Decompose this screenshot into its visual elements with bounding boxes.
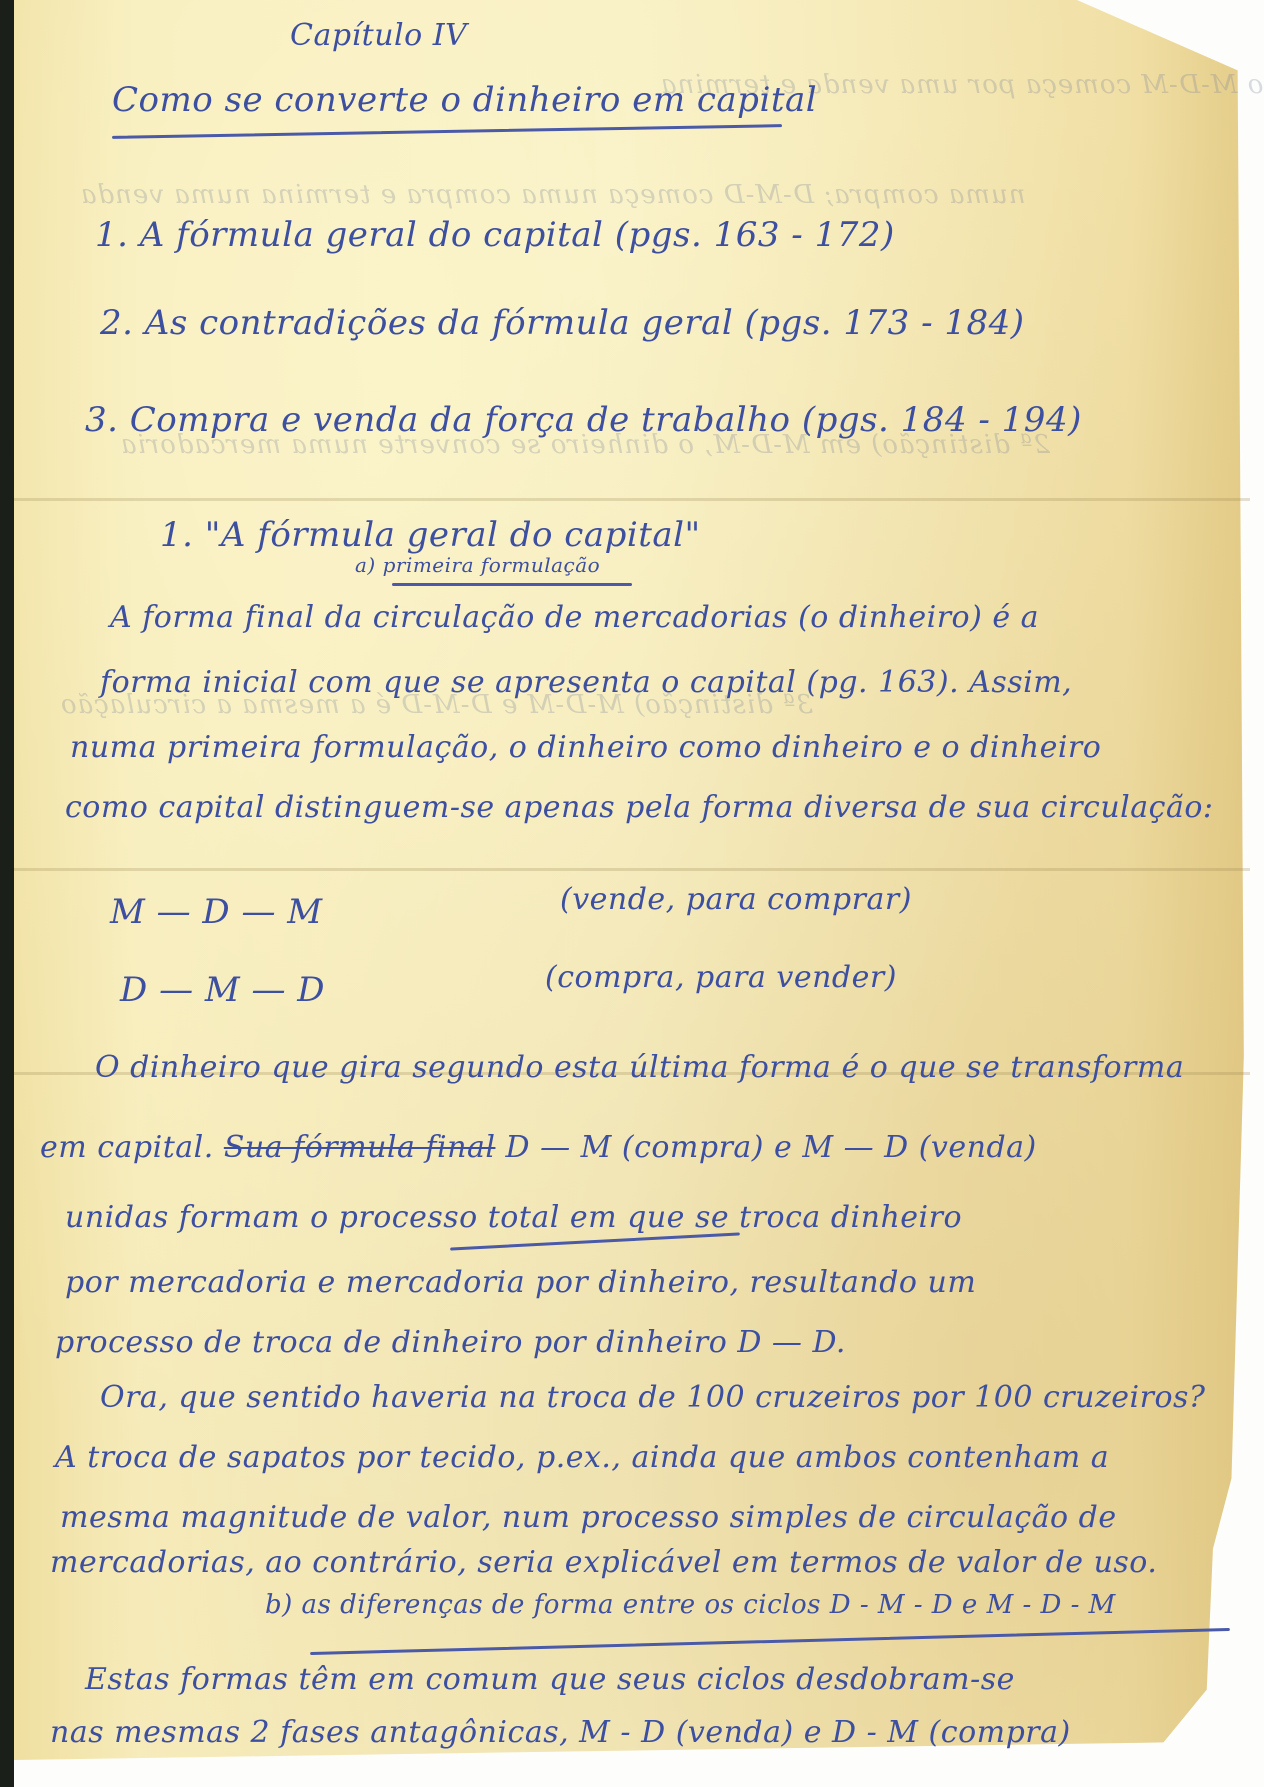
chapter-heading: Capítulo IV bbox=[290, 18, 467, 53]
subheading: a) primeira formulação bbox=[355, 553, 600, 577]
paragraph-line: nas mesmas 2 fases antagônicas, M - D (v… bbox=[50, 1715, 1071, 1750]
struck-text: Sua fórmula final bbox=[224, 1130, 496, 1165]
page-title: Como se converte o dinheiro em capital bbox=[112, 80, 817, 120]
paragraph-line: numa primeira formulação, o dinheiro com… bbox=[70, 730, 1101, 765]
paper-fold bbox=[14, 868, 1250, 871]
paragraph-line: processo de troca de dinheiro por dinhei… bbox=[55, 1325, 846, 1360]
formula-note: (compra, para vender) bbox=[545, 960, 897, 995]
paragraph-line: A troca de sapatos por tecido, p.ex., ai… bbox=[55, 1440, 1109, 1475]
toc-item-3: 3. Compra e venda da força de trabalho (… bbox=[85, 400, 1082, 440]
bleed-through-text: numa compra; D-M-D começa numa compra e … bbox=[80, 180, 1025, 210]
paragraph-line: como capital distinguem-se apenas pela f… bbox=[65, 790, 1214, 825]
section-heading: 1. "A fórmula geral do capital" bbox=[160, 515, 701, 555]
paragraph-line: por mercadoria e mercadoria por dinheiro… bbox=[65, 1265, 976, 1300]
scan-edge bbox=[0, 0, 14, 1787]
paragraph-line: unidas formam o processo total em que se… bbox=[65, 1200, 962, 1235]
paragraph-line: em capital. Sua fórmula final D — M (com… bbox=[40, 1130, 1037, 1165]
manuscript-page bbox=[14, 0, 1250, 1760]
subheading-underline bbox=[392, 583, 632, 586]
formula: D — M — D bbox=[120, 970, 325, 1010]
paragraph-line: Ora, que sentido haveria na troca de 100… bbox=[100, 1380, 1206, 1415]
paragraph-line: O dinheiro que gira segundo esta última … bbox=[95, 1050, 1184, 1085]
paper-fold bbox=[14, 498, 1250, 501]
formula: M — D — M bbox=[110, 892, 323, 932]
formula-note: (vende, para comprar) bbox=[560, 882, 912, 917]
paragraph-line: forma inicial com que se apresenta o cap… bbox=[100, 665, 1072, 700]
subheading: b) as diferenças de forma entre os ciclo… bbox=[265, 1590, 1116, 1620]
toc-item-1: 1. A fórmula geral do capital (pgs. 163 … bbox=[95, 215, 895, 255]
toc-item-2: 2. As contradições da fórmula geral (pgs… bbox=[100, 303, 1025, 343]
paragraph-line: mesma magnitude de valor, num processo s… bbox=[60, 1500, 1117, 1535]
paragraph-line: mercadorias, ao contrário, seria explicá… bbox=[50, 1545, 1157, 1580]
paragraph-line: A forma final da circulação de mercadori… bbox=[110, 600, 1039, 635]
paragraph-line: Estas formas têm em comum que seus ciclo… bbox=[85, 1662, 1015, 1697]
